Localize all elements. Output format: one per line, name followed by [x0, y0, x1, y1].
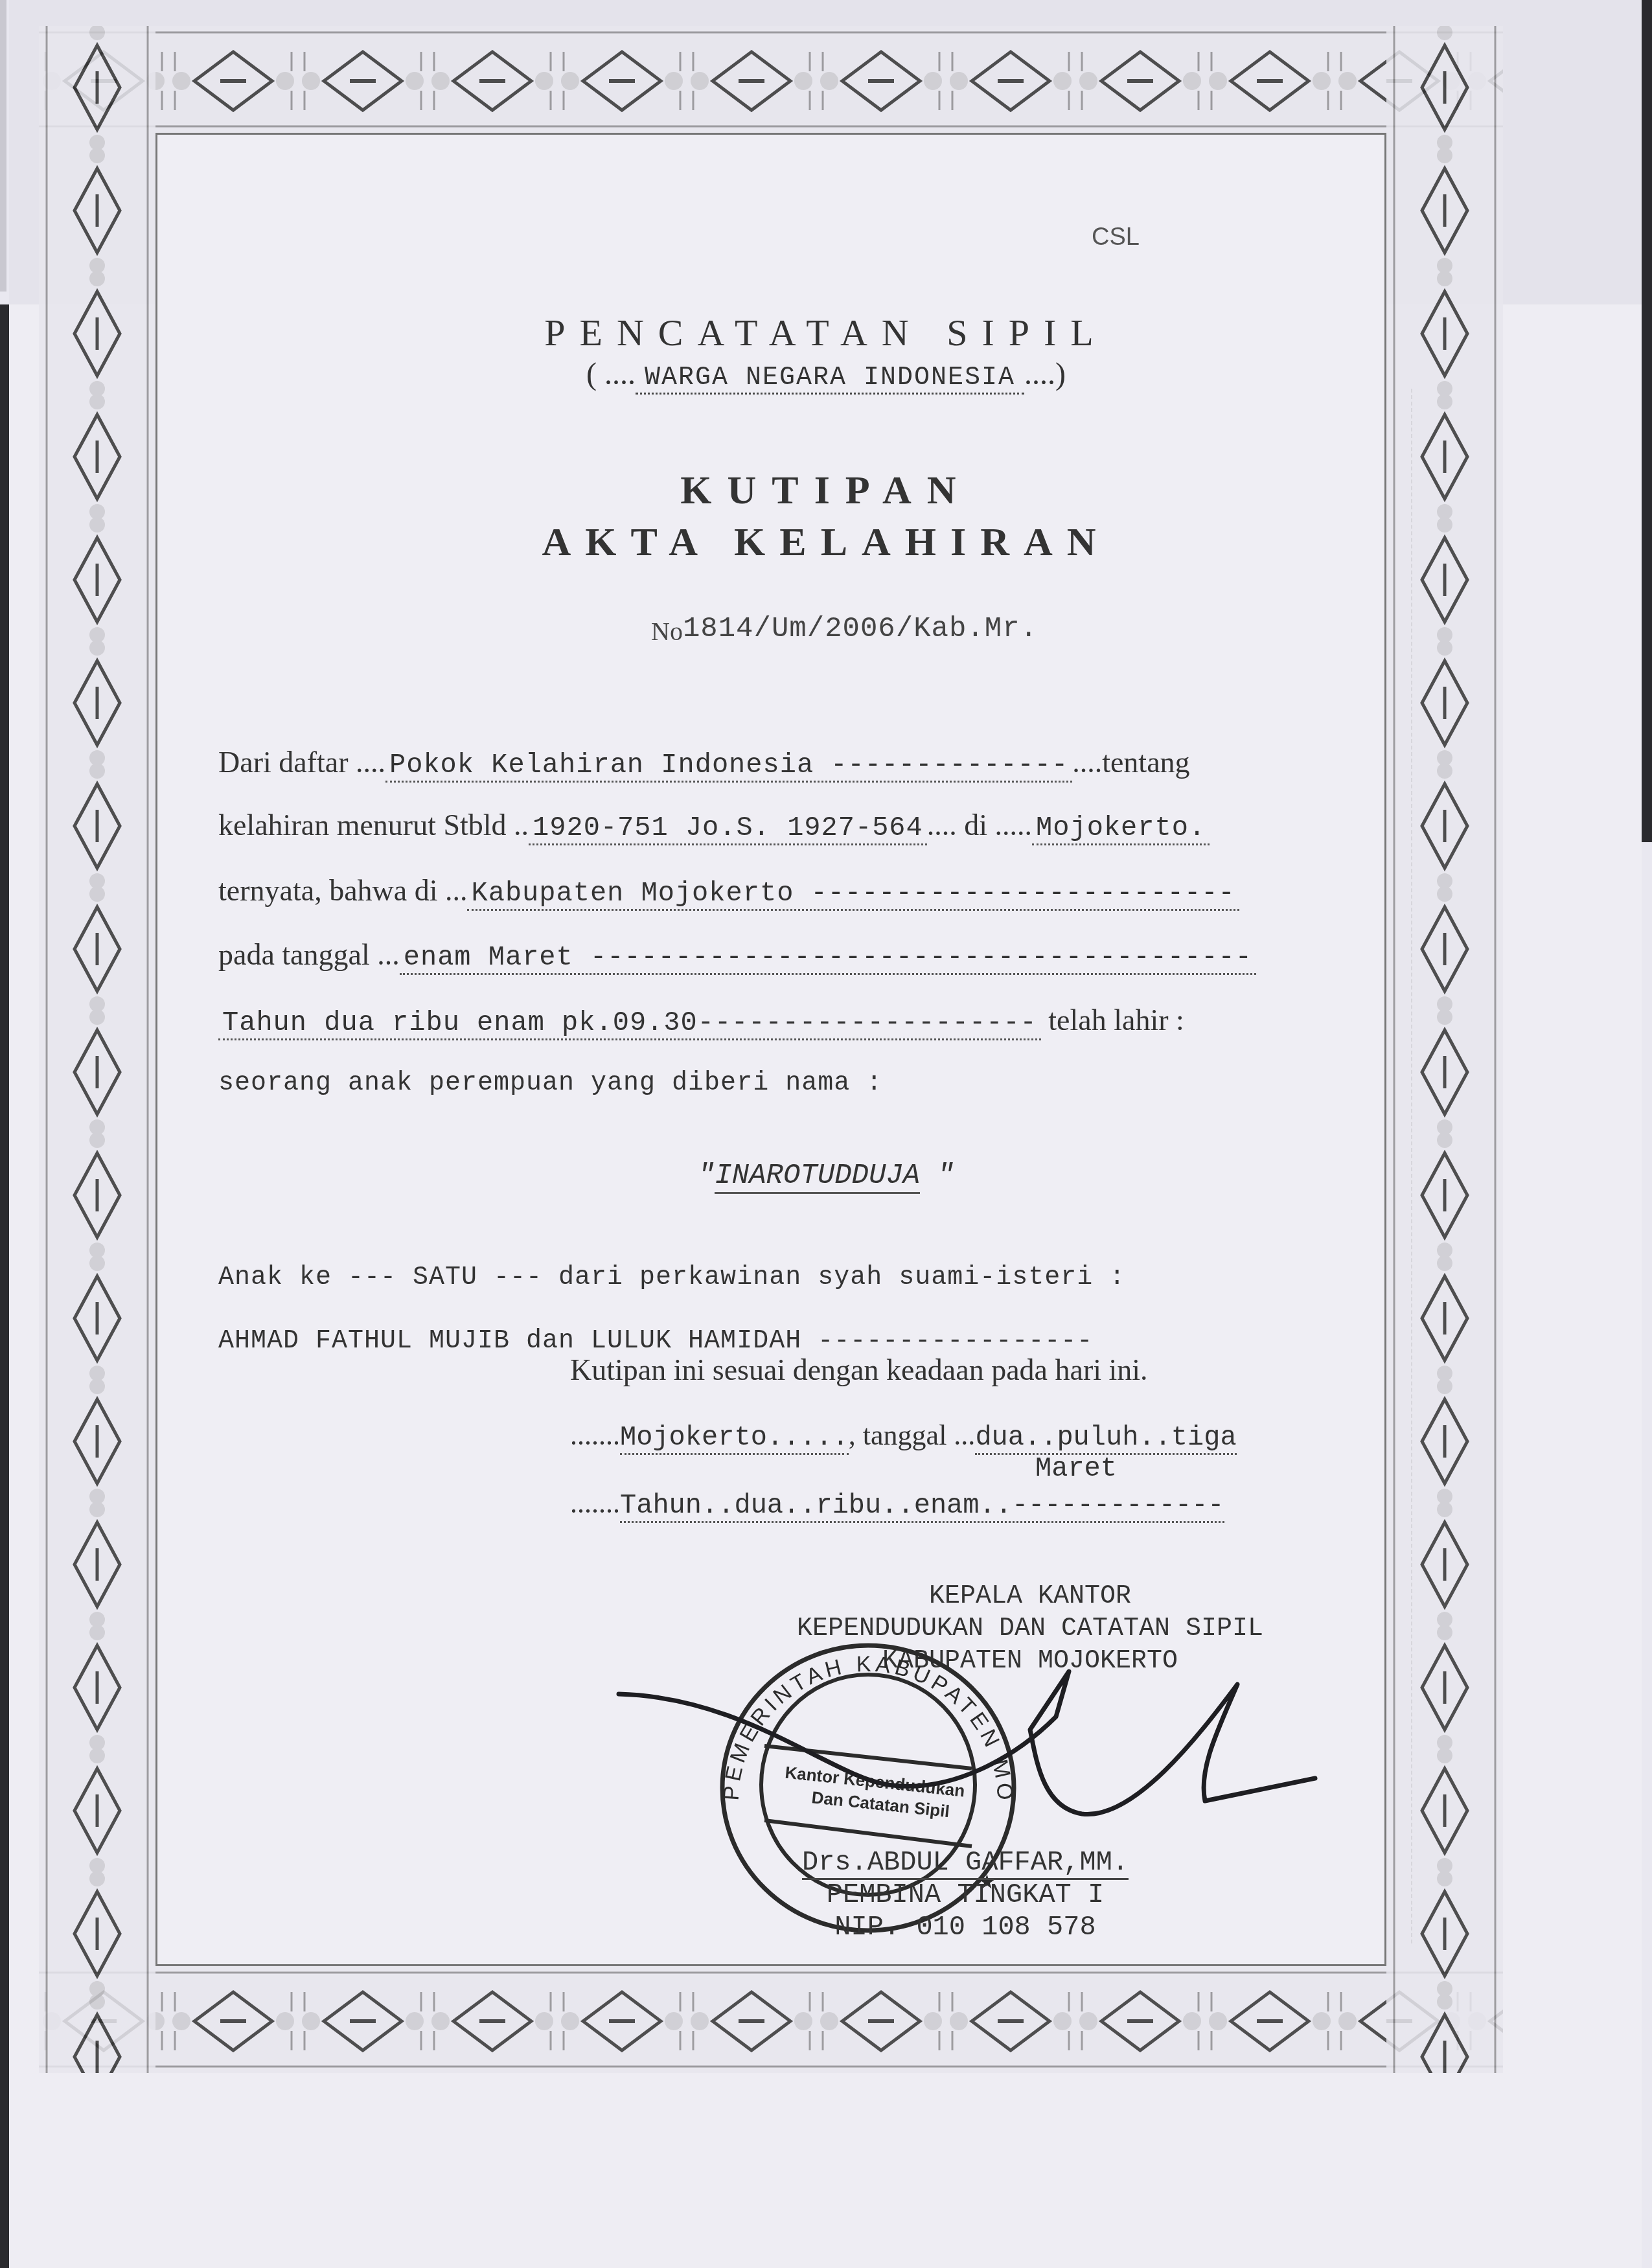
issue-day: dua..puluh..tiga [975, 1422, 1236, 1455]
corner-label: CSL [1092, 223, 1140, 251]
official-name: Drs.ABDUL GAFFAR,MM. [802, 1847, 1129, 1880]
scanner-edge-left [0, 304, 9, 2268]
birthplace-label: ternyata, bahwa di ... [218, 874, 467, 907]
registry-label-after: ....tentang [1072, 746, 1189, 779]
parents-value: AHMAD FATHUL MUJIB dan LULUK HAMIDAH ---… [218, 1327, 1093, 1356]
issue-place-date: .......Mojokerto....., tanggal ...dua..p… [570, 1419, 1237, 1453]
citizenship-line: ( ....WARGA NEGARA INDONESIA....) [0, 356, 1652, 393]
birthplace-line: ternyata, bahwa di ...Kabupaten Mojokert… [218, 873, 1239, 909]
date-label: , tanggal ... [849, 1419, 976, 1451]
number-label: No [651, 617, 683, 646]
registry-value: Pokok Kelahiran Indonesia -------------- [385, 750, 1072, 783]
issue-year: Tahun..dua..ribu..enam..------------- [620, 1490, 1224, 1523]
registry-place-value: Mojokerto. [1032, 812, 1210, 845]
official-nip: NIP. 010 108 578 [713, 1911, 1218, 1943]
citizenship-value: WARGA NEGARA INDONESIA [636, 363, 1024, 395]
registry-line: Dari daftar ....Pokok Kelahiran Indonesi… [218, 745, 1190, 781]
official-rank: PEMBINA TINGKAT I [713, 1879, 1218, 1911]
citizenship-prefix: ( .... [586, 357, 636, 391]
official-identity: Drs.ABDUL GAFFAR,MM. PEMBINA TINGKAT I N… [713, 1846, 1218, 1943]
gender-line: seorang anak perempuan yang diberi nama … [218, 1064, 882, 1098]
document-title-line1: KUTIPAN [0, 468, 1652, 514]
child-order-text: Anak ke --- SATU --- dari perkawinan sya… [218, 1263, 1125, 1292]
quote-close: " [920, 1160, 954, 1192]
birthyear-value: Tahun dua ribu enam pk.09.30------------… [218, 1007, 1041, 1040]
child-order-line: Anak ke --- SATU --- dari perkawinan sya… [218, 1258, 1125, 1292]
border-bottom [39, 1966, 1503, 2073]
signatory-title-line1: KEPALA KANTOR [713, 1581, 1348, 1613]
border-top [39, 26, 1503, 133]
scanner-edge-right [1642, 0, 1652, 842]
place-prefix: ....... [570, 1419, 620, 1451]
issue-year-line: .......Tahun..dua..ribu..enam..---------… [570, 1487, 1224, 1521]
child-name-value: INAROTUDDUJA [715, 1160, 920, 1194]
signature-icon [615, 1658, 1322, 1853]
child-name: "INAROTUDDUJA " [0, 1160, 1652, 1192]
registry-label: Dari daftar .... [218, 746, 385, 779]
birthyear-line: Tahun dua ribu enam pk.09.30------------… [218, 1003, 1184, 1038]
birthdate-line: pada tanggal ...enam Maret -------------… [218, 937, 1256, 973]
statute-line: kelahiran menurut Stbld ..1920-751 Jo.S.… [218, 808, 1210, 843]
statute-label: kelahiran menurut Stbld .. [218, 808, 529, 842]
issue-month: Maret [1035, 1453, 1117, 1484]
number-value: 1814/Um/2006/Kab.Mr. [683, 613, 1038, 645]
gender-text: seorang anak perempuan yang diberi nama … [218, 1069, 882, 1098]
issue-place: Mojokerto..... [620, 1422, 849, 1455]
document-title-line2: AKTA KELAHIRAN [0, 520, 1652, 566]
scanner-edge [0, 0, 6, 292]
statute-value: 1920-751 Jo.S. 1927-564 [529, 812, 927, 845]
birthyear-label-after: telah lahir : [1041, 1003, 1184, 1037]
quote-open: " [698, 1160, 715, 1192]
issuer-header: PENCATATAN SIPIL [0, 311, 1652, 354]
statute-label-mid: .... di ..... [927, 808, 1032, 842]
closing-statement: Kutipan ini sesuai dengan keadaan pada h… [570, 1353, 1148, 1387]
parents-line: AHMAD FATHUL MUJIB dan LULUK HAMIDAH ---… [218, 1322, 1093, 1356]
birthdate-label: pada tanggal ... [218, 938, 400, 971]
citizenship-suffix: ....) [1024, 357, 1066, 391]
year-prefix: ....... [570, 1487, 620, 1519]
registration-number: No1814/Um/2006/Kab.Mr. [651, 612, 1038, 647]
birthplace-value: Kabupaten Mojokerto --------------------… [467, 878, 1239, 911]
birthdate-value: enam Maret -----------------------------… [400, 942, 1256, 975]
